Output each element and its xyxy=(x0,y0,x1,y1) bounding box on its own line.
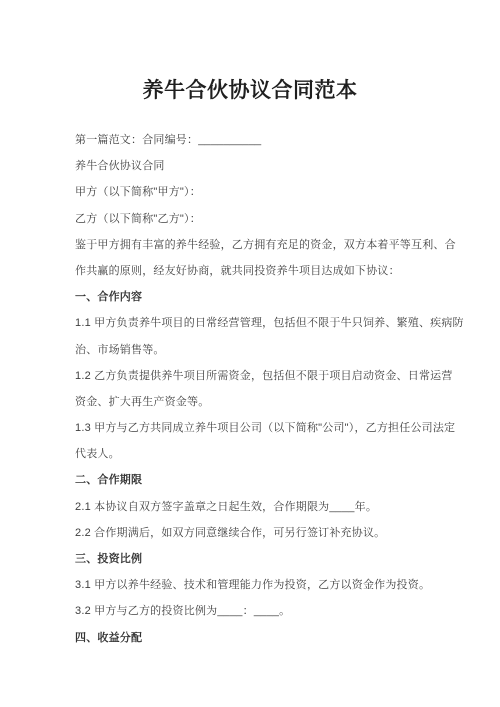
document-body: 第一篇范文：合同编号：__________ 养牛合伙协议合同 甲方（以下简称"甲… xyxy=(75,127,475,651)
document-line: 鉴于甲方拥有丰富的养牛经验，乙方拥有充足的资金，双方本着平等互利、合 xyxy=(75,232,475,258)
document-line: 1.1 甲方负责养牛项目的日常经营管理，包括但不限于牛只饲养、繁殖、疾病防 xyxy=(75,310,475,336)
section-heading: 一、合作内容 xyxy=(75,284,475,310)
section-heading: 二、合作期限 xyxy=(75,467,475,493)
document-line: 3.1 甲方以养牛经验、技术和管理能力作为投资，乙方以资金作为投资。 xyxy=(75,572,475,598)
document-line: 养牛合伙协议合同 xyxy=(75,153,475,179)
page-title: 养牛合伙协议合同范本 xyxy=(0,79,500,103)
document-line: 第一篇范文：合同编号：__________ xyxy=(75,127,475,153)
document-line: 作共赢的原则，经友好协商，就共同投资养牛项目达成如下协议： xyxy=(75,258,475,284)
document-line: 甲方（以下简称"甲方"）： xyxy=(75,179,475,205)
document-line: 1.2 乙方负责提供养牛项目所需资金，包括但不限于项目启动资金、日常运营 xyxy=(75,363,475,389)
document-line: 资金、扩大再生产资金等。 xyxy=(75,389,475,415)
document-line: 乙方（以下简称"乙方"）： xyxy=(75,206,475,232)
document-line: 3.2 甲方与乙方的投资比例为____：____。 xyxy=(75,598,475,624)
document-page: 养牛合伙协议合同范本 第一篇范文：合同编号：__________ 养牛合伙协议合… xyxy=(0,0,500,707)
section-heading: 三、投资比例 xyxy=(75,546,475,572)
document-line: 代表人。 xyxy=(75,441,475,467)
document-line: 1.3 甲方与乙方共同成立养牛项目公司（以下简称"公司"），乙方担任公司法定 xyxy=(75,415,475,441)
document-line: 2.2 合作期满后，如双方同意继续合作，可另行签订补充协议。 xyxy=(75,520,475,546)
section-heading: 四、收益分配 xyxy=(75,625,475,651)
document-line: 治、市场销售等。 xyxy=(75,337,475,363)
document-line: 2.1 本协议自双方签字盖章之日起生效，合作期限为____年。 xyxy=(75,494,475,520)
